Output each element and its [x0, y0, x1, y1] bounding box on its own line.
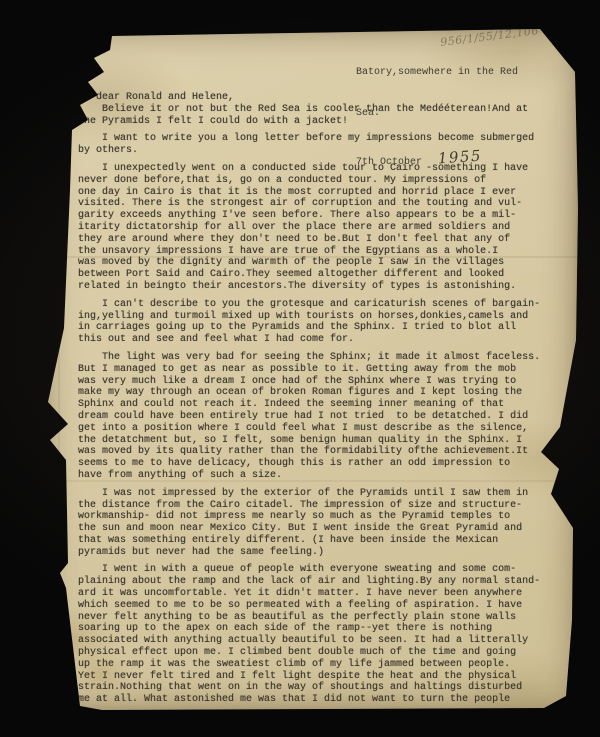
letter-line: was moved by its quality rather than the…: [78, 446, 564, 458]
letter-line: never done before,that is, go on a condu…: [78, 175, 564, 187]
photo-background: 956/1/55/12,106 Batory,somewhere in the …: [0, 0, 600, 737]
letter-line: ing,yelling and turmoil mixed up with to…: [78, 311, 564, 323]
letter-line: this out and see and feel what I had com…: [78, 334, 564, 346]
letter-line: dream could have been entirely true had …: [78, 411, 564, 423]
letter-line: Sphinx and could not reach it. Indeed th…: [78, 399, 564, 411]
letter-line: they are around where they don't need to…: [78, 234, 564, 246]
letter-line: one day in Cairo is that it is the most …: [78, 187, 564, 199]
letter-line: strain.Nothing that went on in the way o…: [78, 682, 564, 694]
letter-paragraph: I unexpectedly went on a conducted side …: [78, 163, 564, 293]
letter-paragraph: My dear Ronald and Helene, Believe it or…: [78, 92, 564, 127]
letter-line: My dear Ronald and Helene,: [78, 92, 564, 104]
letter-line: pyramids but never had the same feeling.…: [78, 547, 564, 559]
letter-line: never felt anything to be as beautiful a…: [78, 612, 564, 624]
letter-line: ard it was uncomfortable. Yet it didn't …: [78, 588, 564, 600]
letter-line: soaring up to the apex on each side of t…: [78, 623, 564, 635]
letter-line: which seemed to me to be so permeated wi…: [78, 600, 564, 612]
letter-line: garity exceeds anything I've seen before…: [78, 210, 564, 222]
letter-line: get into a position where I could feel w…: [78, 423, 564, 435]
letter-line: I want to write you a long letter before…: [78, 133, 564, 145]
letter-line: the unsavory impressions I have are true…: [78, 246, 564, 258]
letter-line: the detatchment but, so I felt, some ben…: [78, 435, 564, 447]
letter-line: I was not impressed by the exterior of t…: [78, 488, 564, 500]
letter-paragraph: I can't describe to you the grotesque an…: [78, 299, 564, 346]
letter-paragraph: I was not impressed by the exterior of t…: [78, 488, 564, 559]
letter-body: My dear Ronald and Helene, Believe it or…: [78, 92, 564, 712]
letter-line: visited. There is the strongest air of c…: [78, 198, 564, 210]
letter-line: the sun and moon near Mexico City. But I…: [78, 523, 564, 535]
letter-line: me at all. What astonished me was that I…: [78, 694, 564, 706]
letter-line: make my way through an ocean of broken R…: [78, 387, 564, 399]
letter-line: plaining about the ramp and the lack of …: [78, 576, 564, 588]
letter-line: related in beingto their ancestors.The d…: [78, 281, 564, 293]
letter-line: was very much like a dream I once had of…: [78, 376, 564, 388]
letter-line: physical effect upon me. I climbed bent …: [78, 647, 564, 659]
letter-line: the Pyramids I felt I could do with a ja…: [78, 116, 564, 128]
letter-paragraph: The light was very bad for seeing the Sp…: [78, 352, 564, 482]
letter-line: The light was very bad for seeing the Sp…: [78, 352, 564, 364]
letter-line: associated with anything actually beauti…: [78, 635, 564, 647]
letter-line: seems to me to have delicacy, though thi…: [78, 458, 564, 470]
letter-line: workmanship- did not impress me nearly s…: [78, 511, 564, 523]
location-line-1: Batory,somewhere in the Red: [356, 66, 518, 80]
letter-paragraph: I went in with a queue of people with ev…: [78, 564, 564, 706]
letter-line: between Port Said and Cairo.They seemed …: [78, 269, 564, 281]
letter-line: I unexpectedly went on a conducted side …: [78, 163, 564, 175]
letter-line: have from anything of such a size.: [78, 470, 564, 482]
letter-line: itarity dictatorship for all over the pl…: [78, 222, 564, 234]
letter-line: that was something entirely different. (…: [78, 535, 564, 547]
letter-line: in carriages going up to the Pyramids an…: [78, 322, 564, 334]
letter-line: But I managed to get as near as possible…: [78, 364, 564, 376]
letter-line: Yet I never felt tired and I felt light …: [78, 671, 564, 683]
letter-paragraph: I want to write you a long letter before…: [78, 133, 564, 157]
letter-line: the distance from the Cairo citadel. The…: [78, 500, 564, 512]
letter-line: up the ramp it was the sweatiest climb o…: [78, 659, 564, 671]
letter-line: was moved by the dignity and warmth of t…: [78, 257, 564, 269]
letter-line: I went in with a queue of people with ev…: [78, 564, 564, 576]
letter-line: Believe it or not but the Red Sea is coo…: [78, 104, 564, 116]
letter-line: I can't describe to you the grotesque an…: [78, 299, 564, 311]
letter-paper: 956/1/55/12,106 Batory,somewhere in the …: [42, 28, 578, 712]
letter-line: by others.: [78, 145, 564, 157]
